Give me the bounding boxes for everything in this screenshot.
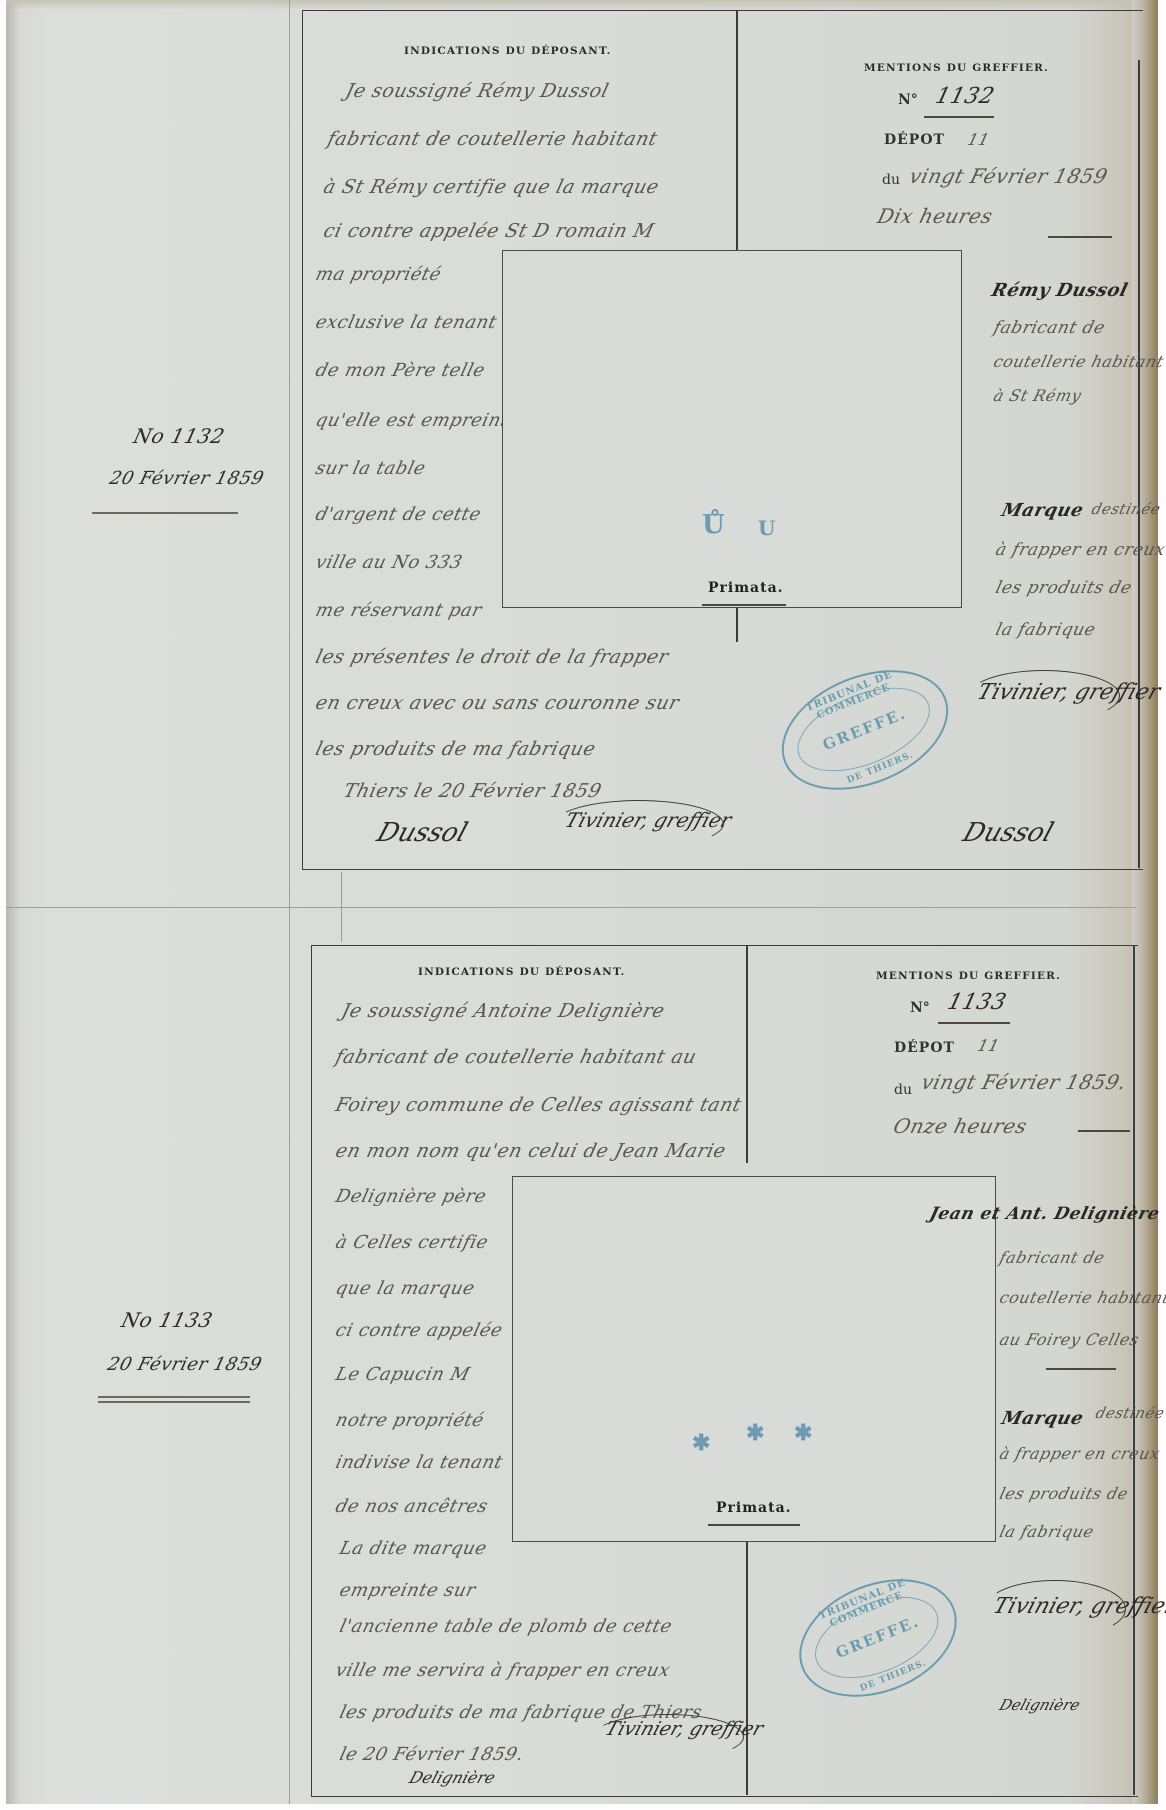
caption-underline xyxy=(708,1524,800,1526)
page-shadow xyxy=(6,0,20,1804)
date-label: du xyxy=(894,1082,912,1098)
holder-signature: Delignière xyxy=(997,1696,1082,1714)
signature-flourish xyxy=(968,670,1120,722)
mark-symbol-figure-1: ✱ xyxy=(692,1430,710,1456)
signature-flourish xyxy=(592,1714,744,1760)
depot-label: DÉPOT xyxy=(884,132,945,148)
deposant-heading: INDICATIONS DU DÉPOSANT. xyxy=(404,45,611,57)
page-top-edge xyxy=(6,0,1158,10)
margin-date: 20 Février 1859 xyxy=(105,1354,264,1375)
mark-symbol-crowned-u: Ů xyxy=(702,510,725,540)
caption-underline xyxy=(702,604,786,606)
entry-1-right-border xyxy=(1138,60,1140,868)
entry-2-right-border xyxy=(1133,945,1135,1795)
mark-symbol-figure-2: ✱ xyxy=(746,1420,764,1446)
mark-box-entry-1 xyxy=(502,250,962,608)
holder-name: Rémy Dussol xyxy=(989,280,1130,301)
greffier-heading: MENTIONS DU GREFFIER. xyxy=(876,970,1061,982)
entry-2-column-divider xyxy=(746,945,748,1163)
holder-name: Jean et Ant. Delignière xyxy=(928,1204,1162,1224)
entry-separator-rule xyxy=(6,907,1136,908)
number-label: N° xyxy=(910,1000,930,1016)
marque-label: Marque xyxy=(999,500,1085,521)
mark-caption: Primata. xyxy=(708,580,784,596)
deposant-heading: INDICATIONS DU DÉPOSANT. xyxy=(418,966,625,978)
number-underline xyxy=(924,116,994,118)
mark-symbol-figure-3: ✱ xyxy=(794,1420,812,1446)
deposit-time: Onze heures xyxy=(891,1114,1030,1138)
number-label: N° xyxy=(898,92,918,108)
deposit-date: vingt Février 1859 xyxy=(907,164,1110,188)
margin-rule-short xyxy=(341,872,342,942)
date-label: du xyxy=(882,172,900,188)
margin-date: 20 Février 1859 xyxy=(107,468,266,489)
register-page: No 1132 20 Février 1859 INDICATIONS DU D… xyxy=(6,0,1158,1804)
deposant-signature: Dussol xyxy=(373,818,471,848)
mark-symbol-u: U xyxy=(758,516,775,540)
number-underline xyxy=(938,1022,1010,1024)
signature-flourish xyxy=(554,800,724,848)
deposit-time: Dix heures xyxy=(875,204,995,228)
margin-underline xyxy=(98,1396,250,1398)
margin-rule-vertical xyxy=(289,0,290,1804)
marque-label: Marque xyxy=(999,1408,1085,1429)
signature-flourish xyxy=(984,1580,1126,1638)
margin-number: No 1133 xyxy=(119,1308,215,1332)
depot-label: DÉPOT xyxy=(894,1040,955,1056)
mark-caption: Primata. xyxy=(716,1500,792,1516)
margin-underline xyxy=(92,512,238,514)
time-rule xyxy=(1048,236,1112,238)
greffier-heading: MENTIONS DU GREFFIER. xyxy=(864,62,1049,74)
mark-box-entry-2 xyxy=(512,1176,996,1542)
margin-number: No 1132 xyxy=(131,424,227,448)
deposit-number: 1133 xyxy=(945,990,1009,1015)
deposit-date: vingt Février 1859. xyxy=(919,1070,1129,1094)
deposant-signature: Delignière xyxy=(407,1768,498,1787)
deposit-number: 1132 xyxy=(933,84,997,109)
holder-rule xyxy=(1046,1368,1116,1370)
time-rule xyxy=(1078,1130,1130,1132)
holder-signature: Dussol xyxy=(959,818,1057,848)
